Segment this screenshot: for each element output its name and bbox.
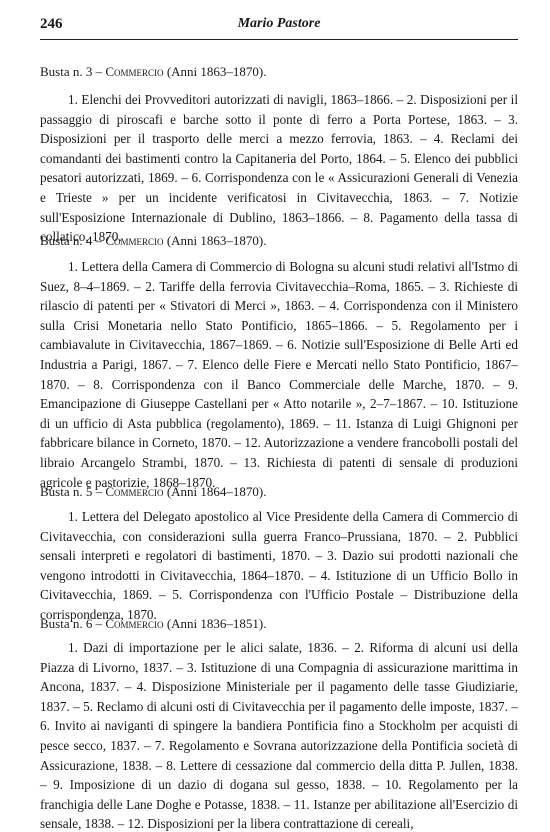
section-body-busta-5: 1. Lettera del Delegato apostolico al Vi… [40, 507, 518, 625]
category-label: Commercio [105, 64, 163, 79]
running-head-author: Mario Pastore [40, 16, 518, 32]
running-head: 246 Mario Pastore [40, 12, 518, 34]
section-body-busta-6: 1. Dazi di importazione per le alici sal… [40, 638, 518, 832]
section-heading-busta-6: Busta n. 6 – Commercio (Anni 1836–1851). [40, 616, 266, 632]
section-heading-busta-3: Busta n. 3 – Commercio (Anni 1863–1870). [40, 64, 266, 80]
category-label: Commercio [105, 484, 163, 499]
section-heading-busta-5: Busta n. 5 – Commercio (Anni 1864–1870). [40, 484, 266, 500]
section-body-busta-3: 1. Elenchi dei Provveditori autorizzati … [40, 83, 518, 247]
section-body-busta-4: 1. Lettera della Camera di Commercio di … [40, 257, 518, 492]
category-label: Commercio [105, 233, 163, 248]
section-heading-busta-4: Busta n. 4 – Commercio (Anni 1863–1870). [40, 233, 266, 249]
header-rule [40, 39, 518, 40]
category-label: Commercio [105, 616, 163, 631]
